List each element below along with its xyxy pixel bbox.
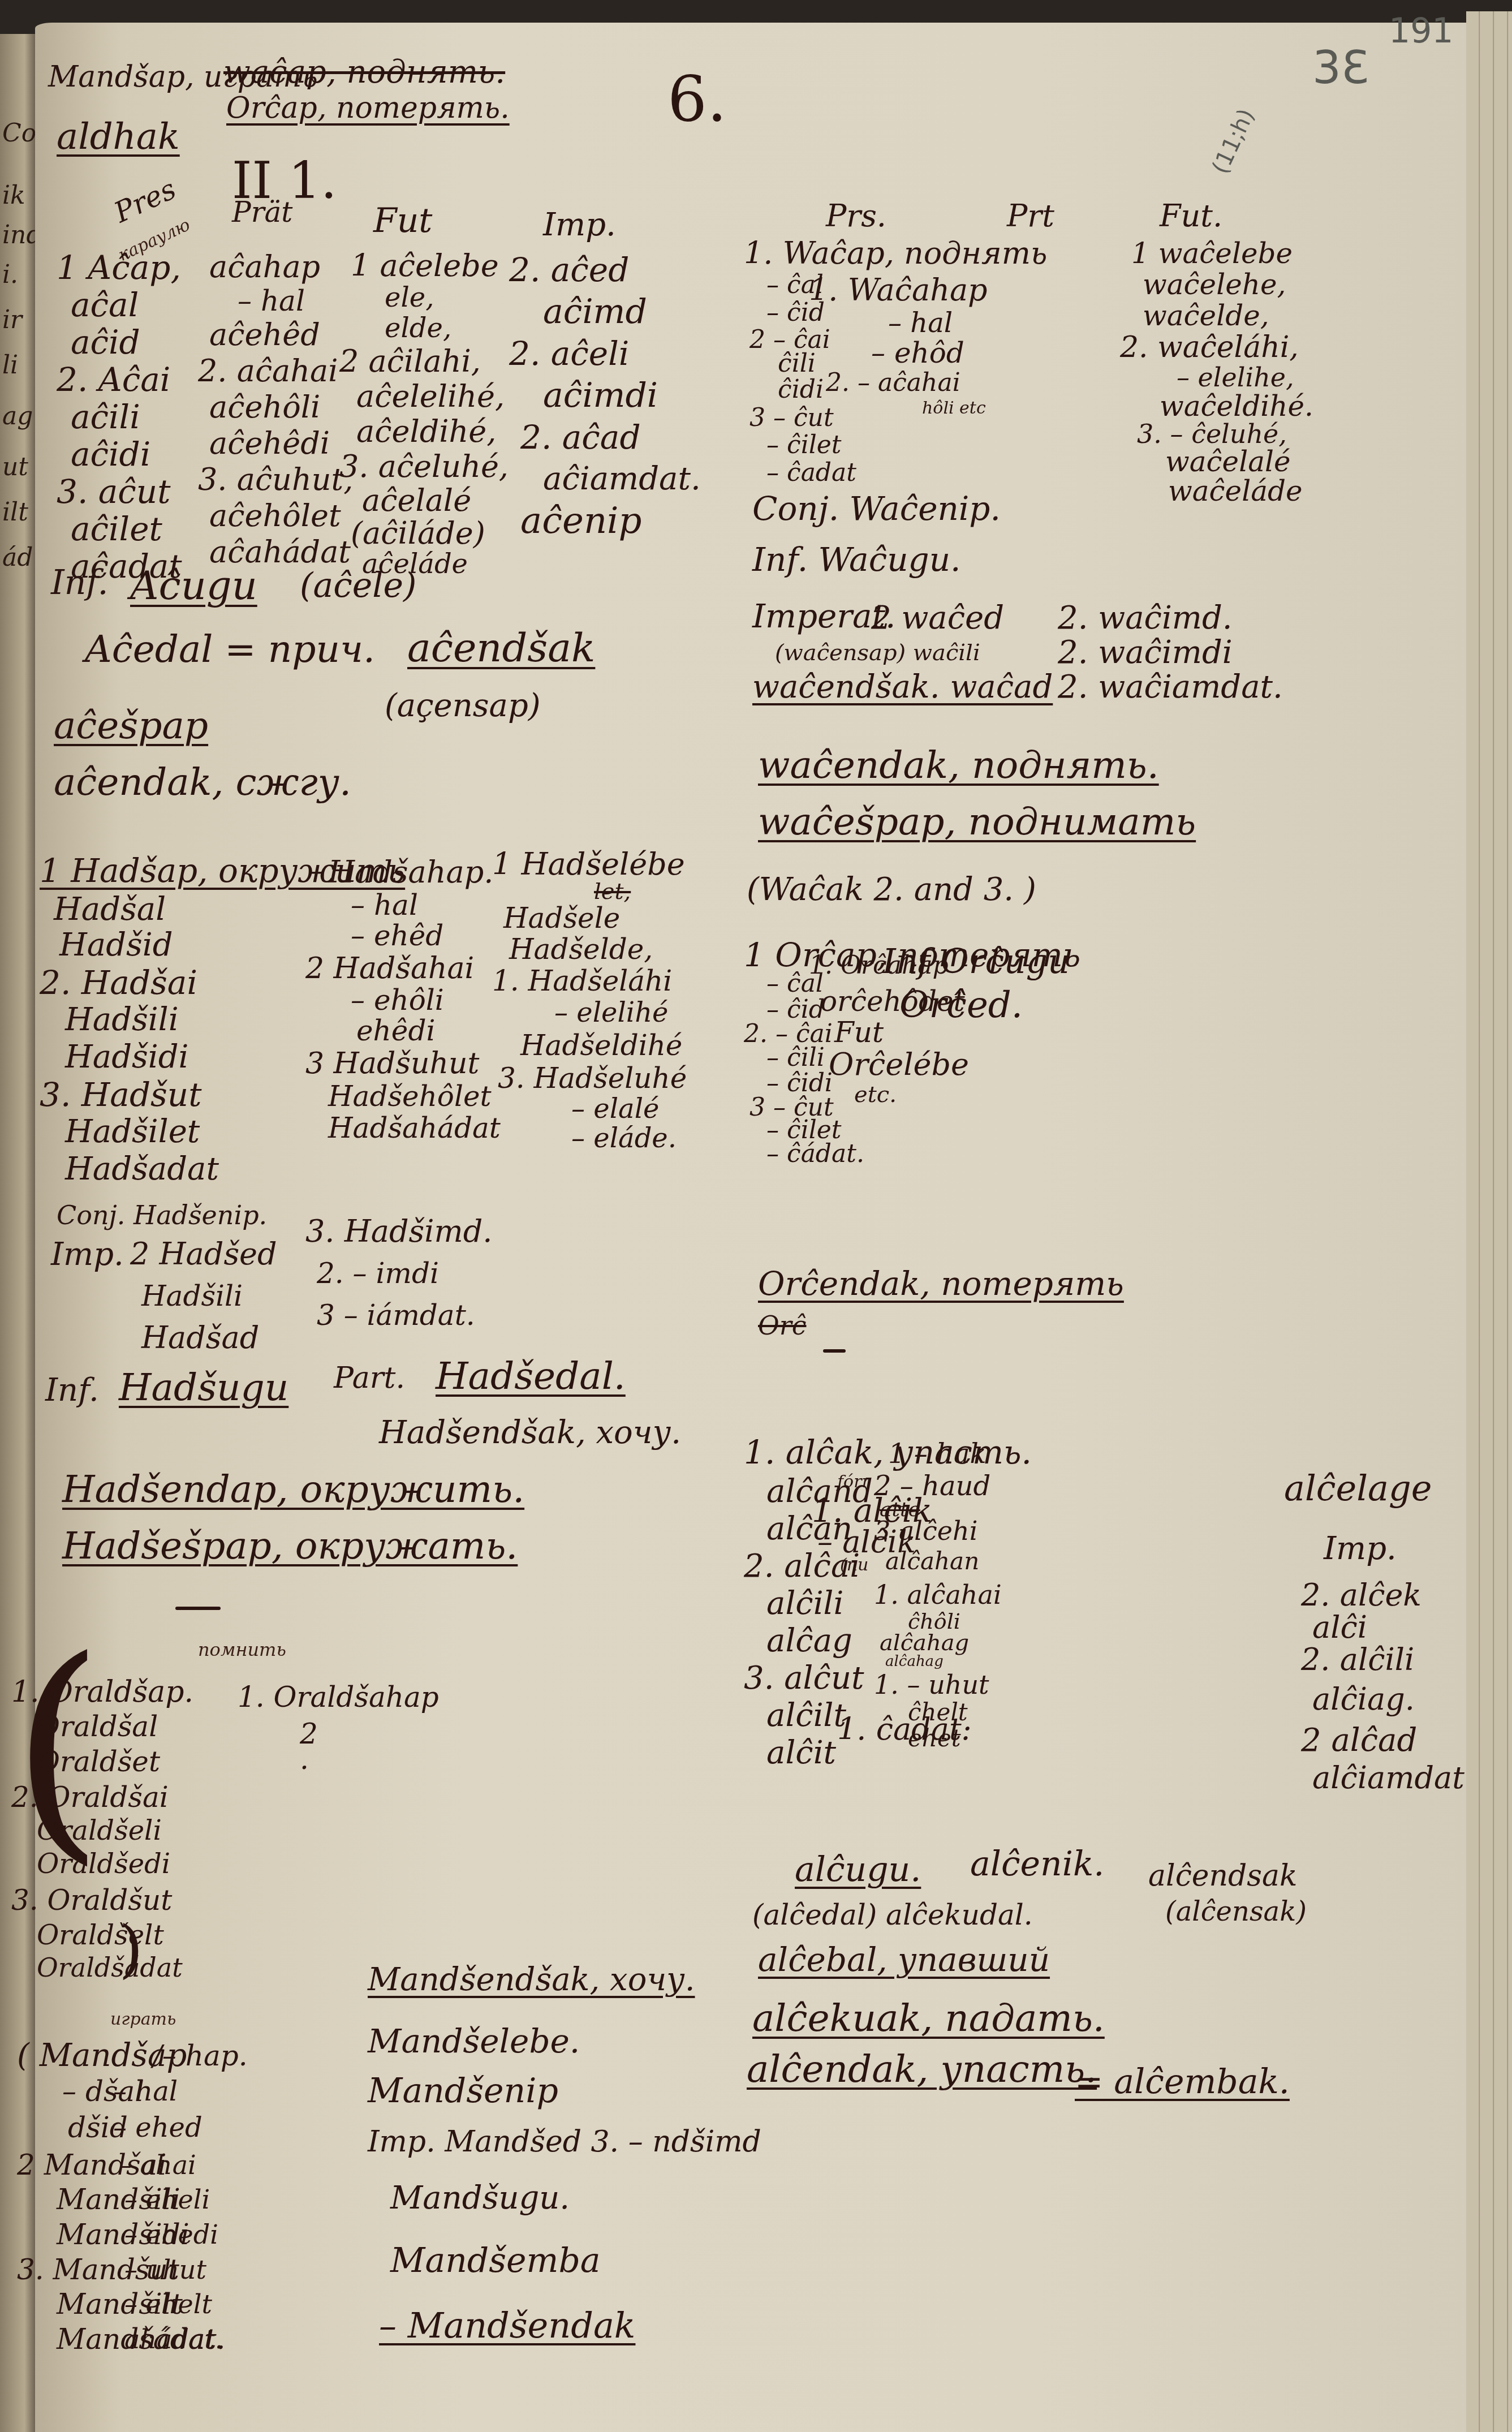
oraldsap-pret-column: 1. Oraldšahap 2 . [238,1675,439,1771]
margin-note: ilt [2,498,28,527]
infinitive-alt: (aĉele) [300,569,416,602]
form: aĉehêdi [209,425,353,462]
wacap-imperative-plural-column: 2. waĉimd. 2. waĉimdi 2. waĉiamdat. [1058,600,1283,706]
form: alĉahan [885,1543,1002,1579]
derivative: waĉešpap, поднимать [758,803,1196,841]
folio-number: 191 [1389,14,1454,48]
gloss: помнить [198,1641,286,1659]
oraldsap-pres-column: 1. Oraldšap. Oraldšal Oraldšet 2. Oraldš… [11,1675,193,1983]
form: aĉal [71,286,182,324]
form: 1. Oraldšahap [238,1675,439,1720]
margin-note: li [2,351,18,380]
gloss: играть [110,2011,176,2028]
form: Hadšehôlet [328,1081,501,1112]
form: (waĉensap) waĉili [775,637,1053,669]
form: ele, [385,283,509,312]
inf-label: Inf. [45,1375,99,1406]
form: Hadšahap. [328,854,501,890]
form: aĉidi [71,436,182,473]
margin-note: i. [2,260,18,289]
header-line3: aldhak [57,119,180,155]
header-line1-b: waĉap, поднять. [223,57,505,88]
derivative: Hadšendap, окружить. [62,1471,524,1508]
form: – uhut [124,2253,248,2287]
hadsap-pret-column: Hadšahap. – hal – ehêd 2 Hadšahai – ehôl… [305,854,501,1144]
form: 2. waĉimdi [1058,637,1283,669]
form: alĉi [1312,1612,1464,1643]
form: 1 Aĉap, [57,249,182,286]
form: hôli etc [922,397,988,420]
form: aĉeldihé, [356,414,509,449]
imp-label: Imp. [51,1239,124,1271]
derivative: alĉendsak [1148,1861,1298,1891]
fut-form: Orĉelébe [829,1049,969,1080]
form: 3 alĉehi [874,1518,1002,1543]
form: 1. Waĉap, поднять [744,235,1047,272]
form: Mandšenip [368,2068,761,2114]
struck-word: Orĉ [758,1312,806,1338]
participle: (alĉedal) alĉekudal. [752,1901,1033,1929]
form: 3 Hadšuhut [305,1047,501,1081]
form: ĉhôli [908,1610,1002,1633]
form: 2. aĉad [520,416,701,458]
col-header-pret: Prät [232,198,292,226]
form: 2 Hadšed [130,1233,277,1275]
form: /– hap. [153,2037,248,2075]
form: 2. aĉahai [198,353,353,389]
form: 3. aĉeluhé, [339,449,509,484]
divider [175,1607,221,1610]
form: 2 Hadšahai [305,952,501,985]
form: aĉehôli [209,389,353,425]
form: – eheli [124,2183,248,2216]
mandsap-forms-column: Mandšendšak, хочу. Mandšelebe. Mandšenip… [368,1946,761,2357]
form: Hadšili [141,1275,277,1317]
form: elde, [385,312,509,344]
conjunctive: Conj. Hadšenip. [57,1202,267,1228]
form: – ĉádat. [766,1142,1080,1167]
form: – hal [113,2075,248,2108]
form: Mandšugu. [390,2170,761,2227]
derivative-alt: (alĉensak) [1165,1898,1307,1925]
hadsap-imp-plural-column: 3. Hadšimd. 2. – imdi 3 – iámdat. [305,1211,492,1336]
derivative-equivalent: = alĉembak. [1075,2065,1290,2099]
derivative: aĉešpap [54,707,208,744]
form: 2 alĉad [1301,1722,1464,1759]
alcak-pret-b-column: 1 – hak 2 – haud atte 3 alĉehi alĉahan 1… [874,1437,1002,1751]
form: Oraldšal [37,1710,193,1744]
form: 3. Oraldšut [11,1882,193,1919]
part-label: Part. [334,1363,405,1393]
margin-note: ik [2,181,25,210]
margin-note: ag [2,402,33,431]
form: aĉimd [543,291,701,333]
hadsap-imp-column: 2 Hadšed Hadšili Hadšad [130,1233,277,1359]
form: 2. Aĉai [57,361,182,398]
form: Imp. Mandšed 3. – ndšimd [368,2114,761,2170]
form: – ehedi [124,2216,248,2253]
conjunctive: alĉenik. [970,1847,1104,1881]
note: (Waĉak 2. and 3. ) [747,874,1036,906]
form: – Mandšendak [379,2295,761,2357]
form: 3. Hadšimd. [305,1211,492,1252]
form: waĉeláde [1168,476,1313,506]
participle: Hadšedal. [436,1358,626,1395]
form: – hal [238,285,353,317]
form: 1 waĉelebe [1131,238,1313,269]
derivative: Hadšešpap, окружать. [62,1527,518,1565]
form: 2. – ĉai [744,1023,1080,1045]
verb1-fut-column: 1 aĉelebe ele, elde, 2 aĉilahi, aĉelelih… [339,249,509,578]
form: 3. Hadšeluhé [498,1062,687,1094]
imperative: Orĉed. [899,987,1023,1023]
form: 2. aĉed [509,249,701,291]
derivative: alĉekuak, падать. [752,2000,1105,2037]
form: 2 aĉilahi, [339,344,509,379]
derivative: aĉendak, сжгу. [54,764,351,801]
form: 2 – haud [874,1471,1002,1501]
header-line2: Orĉap, потерять. [226,93,510,123]
form: aĉimdi [543,375,701,416]
alcak-imp-column: 2. alĉek alĉi 2. alĉili alĉiag. 2 alĉad … [1301,1578,1464,1797]
pencil-mark: 3Ɛ [1312,45,1369,91]
wacap-imperative-column: 2 waĉed (waĉensap) waĉili waĉendšak. waĉ… [758,600,1053,706]
derivative: waĉendak, поднять. [758,747,1159,784]
form: Hadšele [503,903,687,933]
form: waĉelehe, [1143,269,1313,300]
hadsap-fut-column: 1 Hadšelébe let, Hadšele Hadšelde, 1. Ha… [492,849,687,1153]
form: Hadšelde, [509,933,687,965]
fut-label: Fut [834,1018,884,1047]
form: Oraldšádat [37,1952,193,1983]
conjunctive: Conj. Waĉenip. [752,492,1001,525]
form: 3. – ĉeluhé, [1137,421,1313,447]
wacap-pret-column: 1. Waĉahap – hal – ehôd 2. – aĉahai hôli… [809,272,988,420]
form: aĉilet [71,510,182,548]
form: – elelihé [554,997,687,1028]
form: aĉehêd [209,317,353,353]
form: . [300,1748,439,1771]
infinitive: Inf. Waĉugu. [752,543,960,576]
future-form: alĉelage [1284,1471,1432,1506]
form: Mandšendšak, хочу. [368,1946,761,2014]
margin-note: ut [2,453,28,481]
form: ahádat. [124,2322,248,2357]
form: 1 Hadšelébe [492,849,687,880]
form: 1 – hak [888,1437,1002,1471]
form: 2. waĉimd. [1058,600,1283,637]
form: waĉendšak. waĉad [752,669,1053,706]
form: 3. aĉut [57,473,182,510]
form: Oraldšeli [37,1815,193,1846]
form: alĉiamdat [1312,1759,1464,1797]
form: aĉahap [209,249,353,285]
form: let, [594,880,687,903]
form: aĉiamdat. [543,458,701,500]
margin-note: ir [2,305,22,334]
form: 1. – uhut [874,1670,1002,1699]
form: 3. aĉuhut, [198,462,353,498]
form: – ĉilet [766,1119,1080,1142]
infinitive: Aĉugu [130,566,257,605]
wacap-fut-column: 1 waĉelebe waĉelehe, waĉelde, 2. waĉeláh… [1131,238,1313,506]
derivative: alĉebal, упавший [758,1943,1050,1976]
derivative: aĉendšak [407,628,595,668]
form: – elalé [571,1094,687,1124]
form: 1 aĉelebe [351,249,509,283]
form: aĉid [71,324,182,361]
verb1-pret-column: aĉahap – hal aĉehêd 2. aĉahai aĉehôli aĉ… [198,249,353,570]
form: 1. Waĉahap [809,272,988,309]
form: Mandšemba [390,2227,761,2295]
form: alĉahag [880,1633,1002,1653]
imp-label: Imp. [1324,1533,1397,1565]
form: – eláde. [571,1124,687,1153]
verb1-pres-column: 1 Aĉap, aĉal aĉid 2. Aĉai aĉili aĉidi 3.… [57,249,182,585]
form: – ehôli [351,985,501,1015]
form: – hal [351,890,501,920]
form: – elelihe, [1177,363,1313,391]
form: alĉiag. [1312,1677,1464,1722]
col-header-fut: Fut [373,204,432,238]
form: aĉelalé [362,484,509,517]
form: Hadšadat [65,1151,405,1188]
derivative-alt: (açensap) [385,690,541,722]
infinitive: Inf Orĉugu [882,945,1070,979]
form: aĉenip [520,500,701,542]
form: – ehed [113,2108,248,2147]
infinitive: alĉugu. [795,1853,921,1887]
form: – ahai [119,2147,248,2183]
form: waĉelde, [1143,300,1313,332]
fut-form: etc. [854,1083,897,1106]
bracket: ) [119,1918,143,1980]
form: aĉili [71,398,182,436]
form: 1. alĉahai [874,1579,1002,1610]
form: ĉhelt [908,1699,1002,1725]
infinitive: Hadšugu [119,1369,288,1406]
form: 2. – aĉahai [826,369,988,397]
form: Mandšelebe. [368,2014,761,2068]
form: 3 – iámdat. [317,1294,492,1336]
form: Oraldšedi [37,1846,193,1882]
mandsap-pret-column: /– hap. – hal – ehed – ahai – eheli – eh… [107,2037,248,2357]
verb1-imp-column: 2. aĉed aĉimd 2. aĉeli aĉimdi 2. aĉad aĉ… [509,249,701,542]
page-stack-edge [1466,11,1512,2432]
form: 1. Oraldšap. [11,1675,193,1710]
form: 2. – imdi [317,1252,492,1294]
form: aĉehôlet [209,498,353,534]
inf-label: Inf. [51,566,108,600]
form: – ĉilet [766,432,1047,459]
form: 2. alĉek [1301,1578,1464,1612]
form: 2. waĉeláhi, [1120,332,1313,363]
form: Oraldšelt [37,1919,193,1952]
form: 2. Oraldšai [11,1780,193,1815]
col-header-imp: Imp. [543,209,616,241]
form: – ehêd [351,920,501,952]
form: (aĉiláde) [351,517,509,550]
derivative: Hadšendšak, хочу. [379,1417,681,1449]
margin-note: ád [2,543,33,572]
form: 2 [300,1720,439,1748]
note: fórr [837,1474,870,1491]
participle: Aĉedal = прич. [85,631,375,668]
form: ehet [908,1725,1002,1751]
divider [823,1349,846,1353]
form: waĉelalé [1165,447,1313,476]
derivative: alĉendak, упасть. [747,2051,1097,2088]
col-header-pres: Prs. [826,201,886,231]
form: Hadšad [141,1317,277,1359]
form: Oraldšet [37,1744,193,1780]
form: – ehôd [871,337,988,369]
form: 1. Hadšeláhi [492,965,687,997]
form: aĉelelihé, [356,379,509,414]
page-number: 6. [667,68,727,130]
form: – ĉadat [766,459,1047,487]
form: 2. alĉili [1301,1643,1464,1677]
col-header-pret: Prt [1007,201,1054,231]
derivative: Orĉendak, потерять [758,1267,1124,1300]
form: waĉeldihé. [1160,391,1313,421]
form: ehêdi [356,1015,501,1047]
form: Hadšeldihé [520,1028,687,1062]
form: 2 waĉed [871,600,1053,637]
form: 2. aĉeli [509,333,701,375]
form: – ehelt [124,2287,248,2322]
form: Hadšahádat [328,1112,501,1144]
form: – hal [888,309,988,337]
form: 2. waĉiamdat. [1058,669,1283,706]
col-header-fut: Fut. [1160,201,1222,231]
